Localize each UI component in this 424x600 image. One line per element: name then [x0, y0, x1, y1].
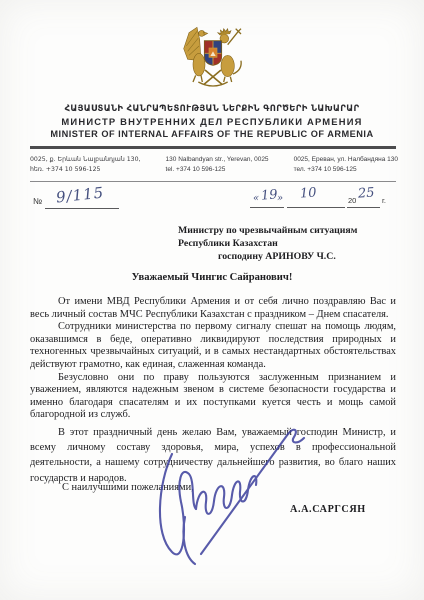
date-month-line	[287, 207, 345, 208]
date-day-handwritten: 19	[260, 187, 278, 203]
contact-line: тел. +374 10 596-125	[294, 165, 398, 175]
body-paragraph: Сотрудники министерства по первому сигна…	[30, 321, 396, 371]
reference-number-label: №	[33, 196, 42, 206]
contact-column-armenian: 0025, ք. Երևան Նալբանդյան 130, հեռ. +374…	[30, 155, 141, 174]
salutation: Уважаемый Чингис Сайранович!	[0, 272, 424, 283]
contact-line: 0025, Ереван, ул. Налбандяна 130	[294, 155, 398, 165]
letter-page: ՀԱՅԱՍՏԱՆԻ ՀԱՆՐԱՊԵՏՈՒԹՅԱՆ ՆԵՐՔԻՆ ԳՈՐԾԵՐԻ …	[0, 0, 424, 600]
contact-line: tel. +374 10 596-125	[166, 165, 269, 175]
date-quote-close: »	[277, 193, 283, 204]
body-paragraph: Безусловно они по праву пользуются заслу…	[30, 372, 396, 422]
date-year-handwritten: 25	[357, 185, 375, 201]
letterhead: ՀԱՅԱՍՏԱՆԻ ՀԱՆՐԱՊԵՏՈՒԹՅԱՆ ՆԵՐՔԻՆ ԳՈՐԾԵՐԻ …	[0, 103, 424, 139]
date-quote-open: «	[253, 193, 259, 204]
contact-column-english: 130 Nalbandyan str., Yerevan, 0025 tel. …	[166, 155, 269, 174]
signer-name: А.А.САРГСЯН	[290, 504, 366, 515]
reference-number-handwritten: 9/115	[55, 184, 105, 207]
contact-line: 130 Nalbandyan str., Yerevan, 0025	[166, 155, 269, 165]
letter-body: От имени МВД Республики Армения и от себ…	[30, 296, 396, 486]
header-divider-thick	[30, 146, 396, 149]
reference-number-line	[45, 208, 119, 209]
date-suffix: г.	[382, 196, 386, 205]
body-paragraph: В этот праздничный день желаю Вам, уважа…	[30, 425, 396, 486]
date-year-line	[347, 207, 380, 208]
letterhead-title-english: MINISTER OF INTERNAL AFFAIRS OF THE REPU…	[0, 129, 424, 139]
date-month-handwritten: 10	[299, 185, 317, 201]
contact-block: 0025, ք. Երևան Նալբանդյան 130, հեռ. +374…	[30, 155, 398, 174]
contact-column-russian: 0025, Ереван, ул. Налбандяна 130 тел. +3…	[294, 155, 398, 174]
body-paragraph: От имени МВД Республики Армения и от себ…	[30, 296, 396, 321]
closing-phrase: С наилучшими пожеланиями,	[62, 482, 194, 493]
date-day-line	[250, 207, 284, 208]
addressee-line: Министру по чрезвычайным ситуациям	[178, 224, 357, 237]
armenia-coat-of-arms-icon	[179, 22, 247, 94]
addressee-name: господину АРИНОВУ Ч.С.	[218, 250, 357, 263]
letterhead-title-armenian: ՀԱՅԱՍՏԱՆԻ ՀԱՆՐԱՊԵՏՈՒԹՅԱՆ ՆԵՐՔԻՆ ԳՈՐԾԵՐԻ …	[0, 103, 424, 113]
date-century-printed: 20	[348, 196, 356, 205]
addressee-line: Республики Казахстан	[178, 237, 357, 250]
contact-line: հեռ. +374 10 596-125	[30, 165, 141, 175]
addressee-block: Министру по чрезвычайным ситуациям Респу…	[178, 224, 357, 263]
letterhead-title-russian: МИНИСТР ВНУТРЕННИХ ДЕЛ РЕСПУБЛИКИ АРМЕНИ…	[0, 116, 424, 127]
contact-divider-thin	[30, 181, 396, 182]
contact-line: 0025, ք. Երևան Նալբանդյան 130,	[30, 155, 141, 165]
